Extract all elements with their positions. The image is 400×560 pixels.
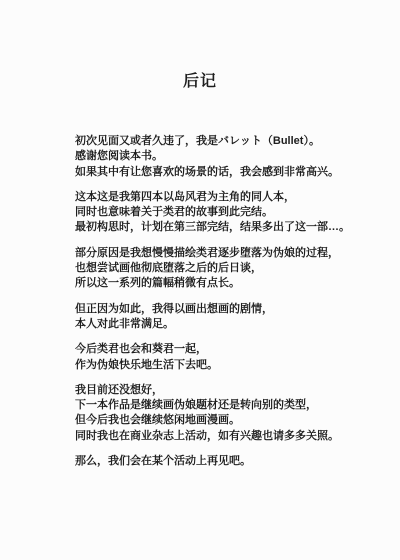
paragraph-characters-future: 今后类君也会和葵君一起， 作为伪娘快乐地生活下去吧。 xyxy=(75,342,350,373)
paragraph-satisfaction: 但正因为如此，我得以画出想画的剧情， 本人对此非常满足。 xyxy=(75,302,350,333)
paragraph-farewell: 那么，我们会在某个活动上再见吧。 xyxy=(75,454,350,469)
text-line: 我目前还没想好， xyxy=(75,383,350,398)
afterword-page: 后记 初次见面又或者久违了，我是バレット（Bullet）。 感谢您阅读本书。 如… xyxy=(0,0,400,560)
text-line: 所以这一系列的篇幅稍微有点长。 xyxy=(75,276,350,291)
text-line: 如果其中有让您喜欢的场景的话，我会感到非常高兴。 xyxy=(75,165,350,180)
text-line: 作为伪娘快乐地生活下去吧。 xyxy=(75,358,350,373)
text-line: 但正因为如此，我得以画出想画的剧情， xyxy=(75,302,350,317)
text-line: 但今后我也会继续悠闲地画漫画。 xyxy=(75,413,350,428)
paragraph-series-info: 这本这是我第四本以岛风君为主角的同人本， 同时也意味着关于类君的故事到此完结。 … xyxy=(75,190,350,236)
text-line: 同时也意味着关于类君的故事到此完结。 xyxy=(75,205,350,220)
text-line: 这本这是我第四本以岛风君为主角的同人本， xyxy=(75,190,350,205)
text-line: 本人对此非常满足。 xyxy=(75,317,350,332)
paragraph-greeting: 初次见面又或者久违了，我是バレット（Bullet）。 感谢您阅读本书。 如果其中… xyxy=(75,134,350,180)
text-line: 初次见面又或者久违了，我是バレット（Bullet）。 xyxy=(75,134,350,149)
text-line: 那么，我们会在某个活动上再见吧。 xyxy=(75,454,350,469)
paragraph-next-work: 我目前还没想好， 下一本作品是继续画伪娘题材还是转向别的类型， 但今后我也会继续… xyxy=(75,383,350,444)
paragraph-reason: 部分原因是我想慢慢描绘类君逐步堕落为伪娘的过程， 也想尝试画他彻底堕落之后的后日… xyxy=(75,246,350,292)
text-line: 部分原因是我想慢慢描绘类君逐步堕落为伪娘的过程， xyxy=(75,246,350,261)
text-line: 最初构思时，计划在第三部完结，结果多出了这一部…。 xyxy=(75,220,350,235)
page-title: 后记 xyxy=(0,0,400,92)
text-line: 感谢您阅读本书。 xyxy=(75,149,350,164)
afterword-body: 初次见面又或者久违了，我是バレット（Bullet）。 感谢您阅读本书。 如果其中… xyxy=(75,134,350,479)
text-line: 下一本作品是继续画伪娘题材还是转向别的类型， xyxy=(75,398,350,413)
text-line: 同时我也在商业杂志上活动，如有兴趣也请多多关照。 xyxy=(75,429,350,444)
text-line: 今后类君也会和葵君一起， xyxy=(75,342,350,357)
text-line: 也想尝试画他彻底堕落之后的后日谈， xyxy=(75,261,350,276)
